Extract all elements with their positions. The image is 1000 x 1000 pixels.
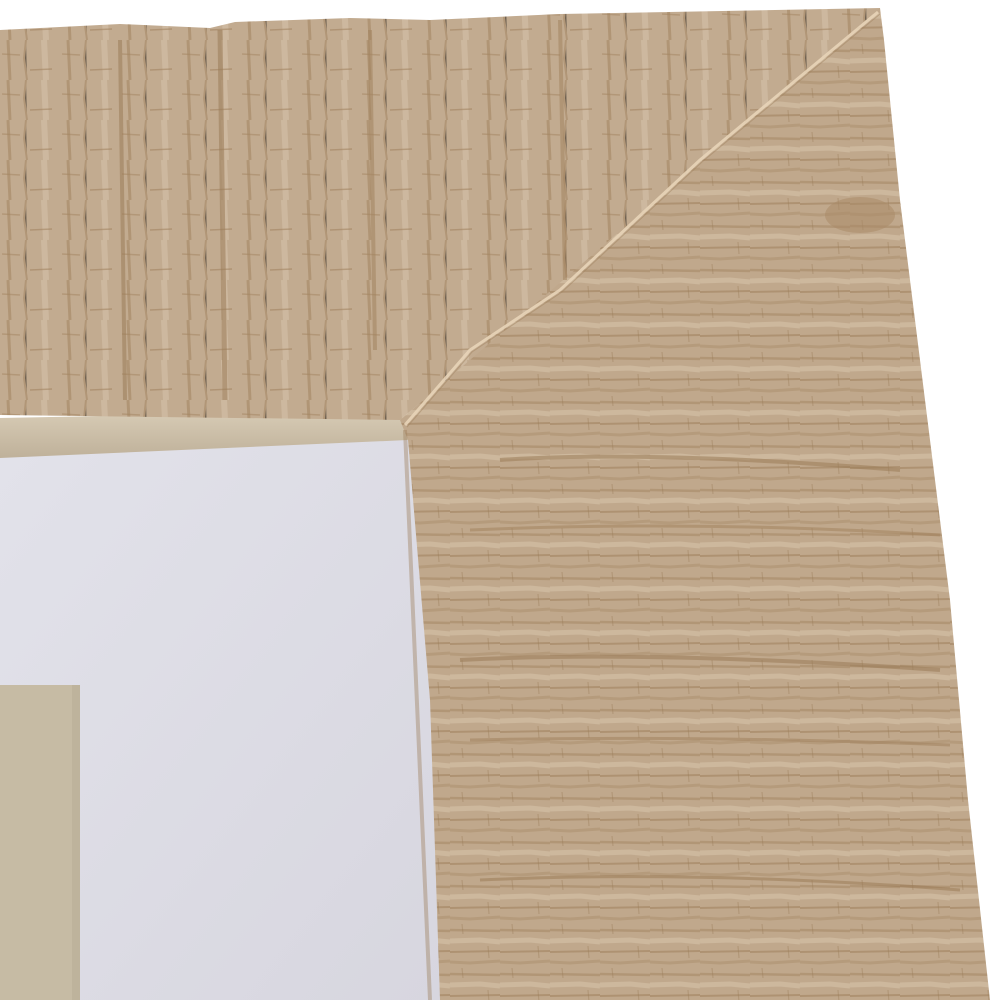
frame-illustration	[0, 0, 1000, 1000]
backing-panel	[0, 685, 80, 1000]
product-photo: Textured beige wood photo frame corner	[0, 0, 1000, 1000]
